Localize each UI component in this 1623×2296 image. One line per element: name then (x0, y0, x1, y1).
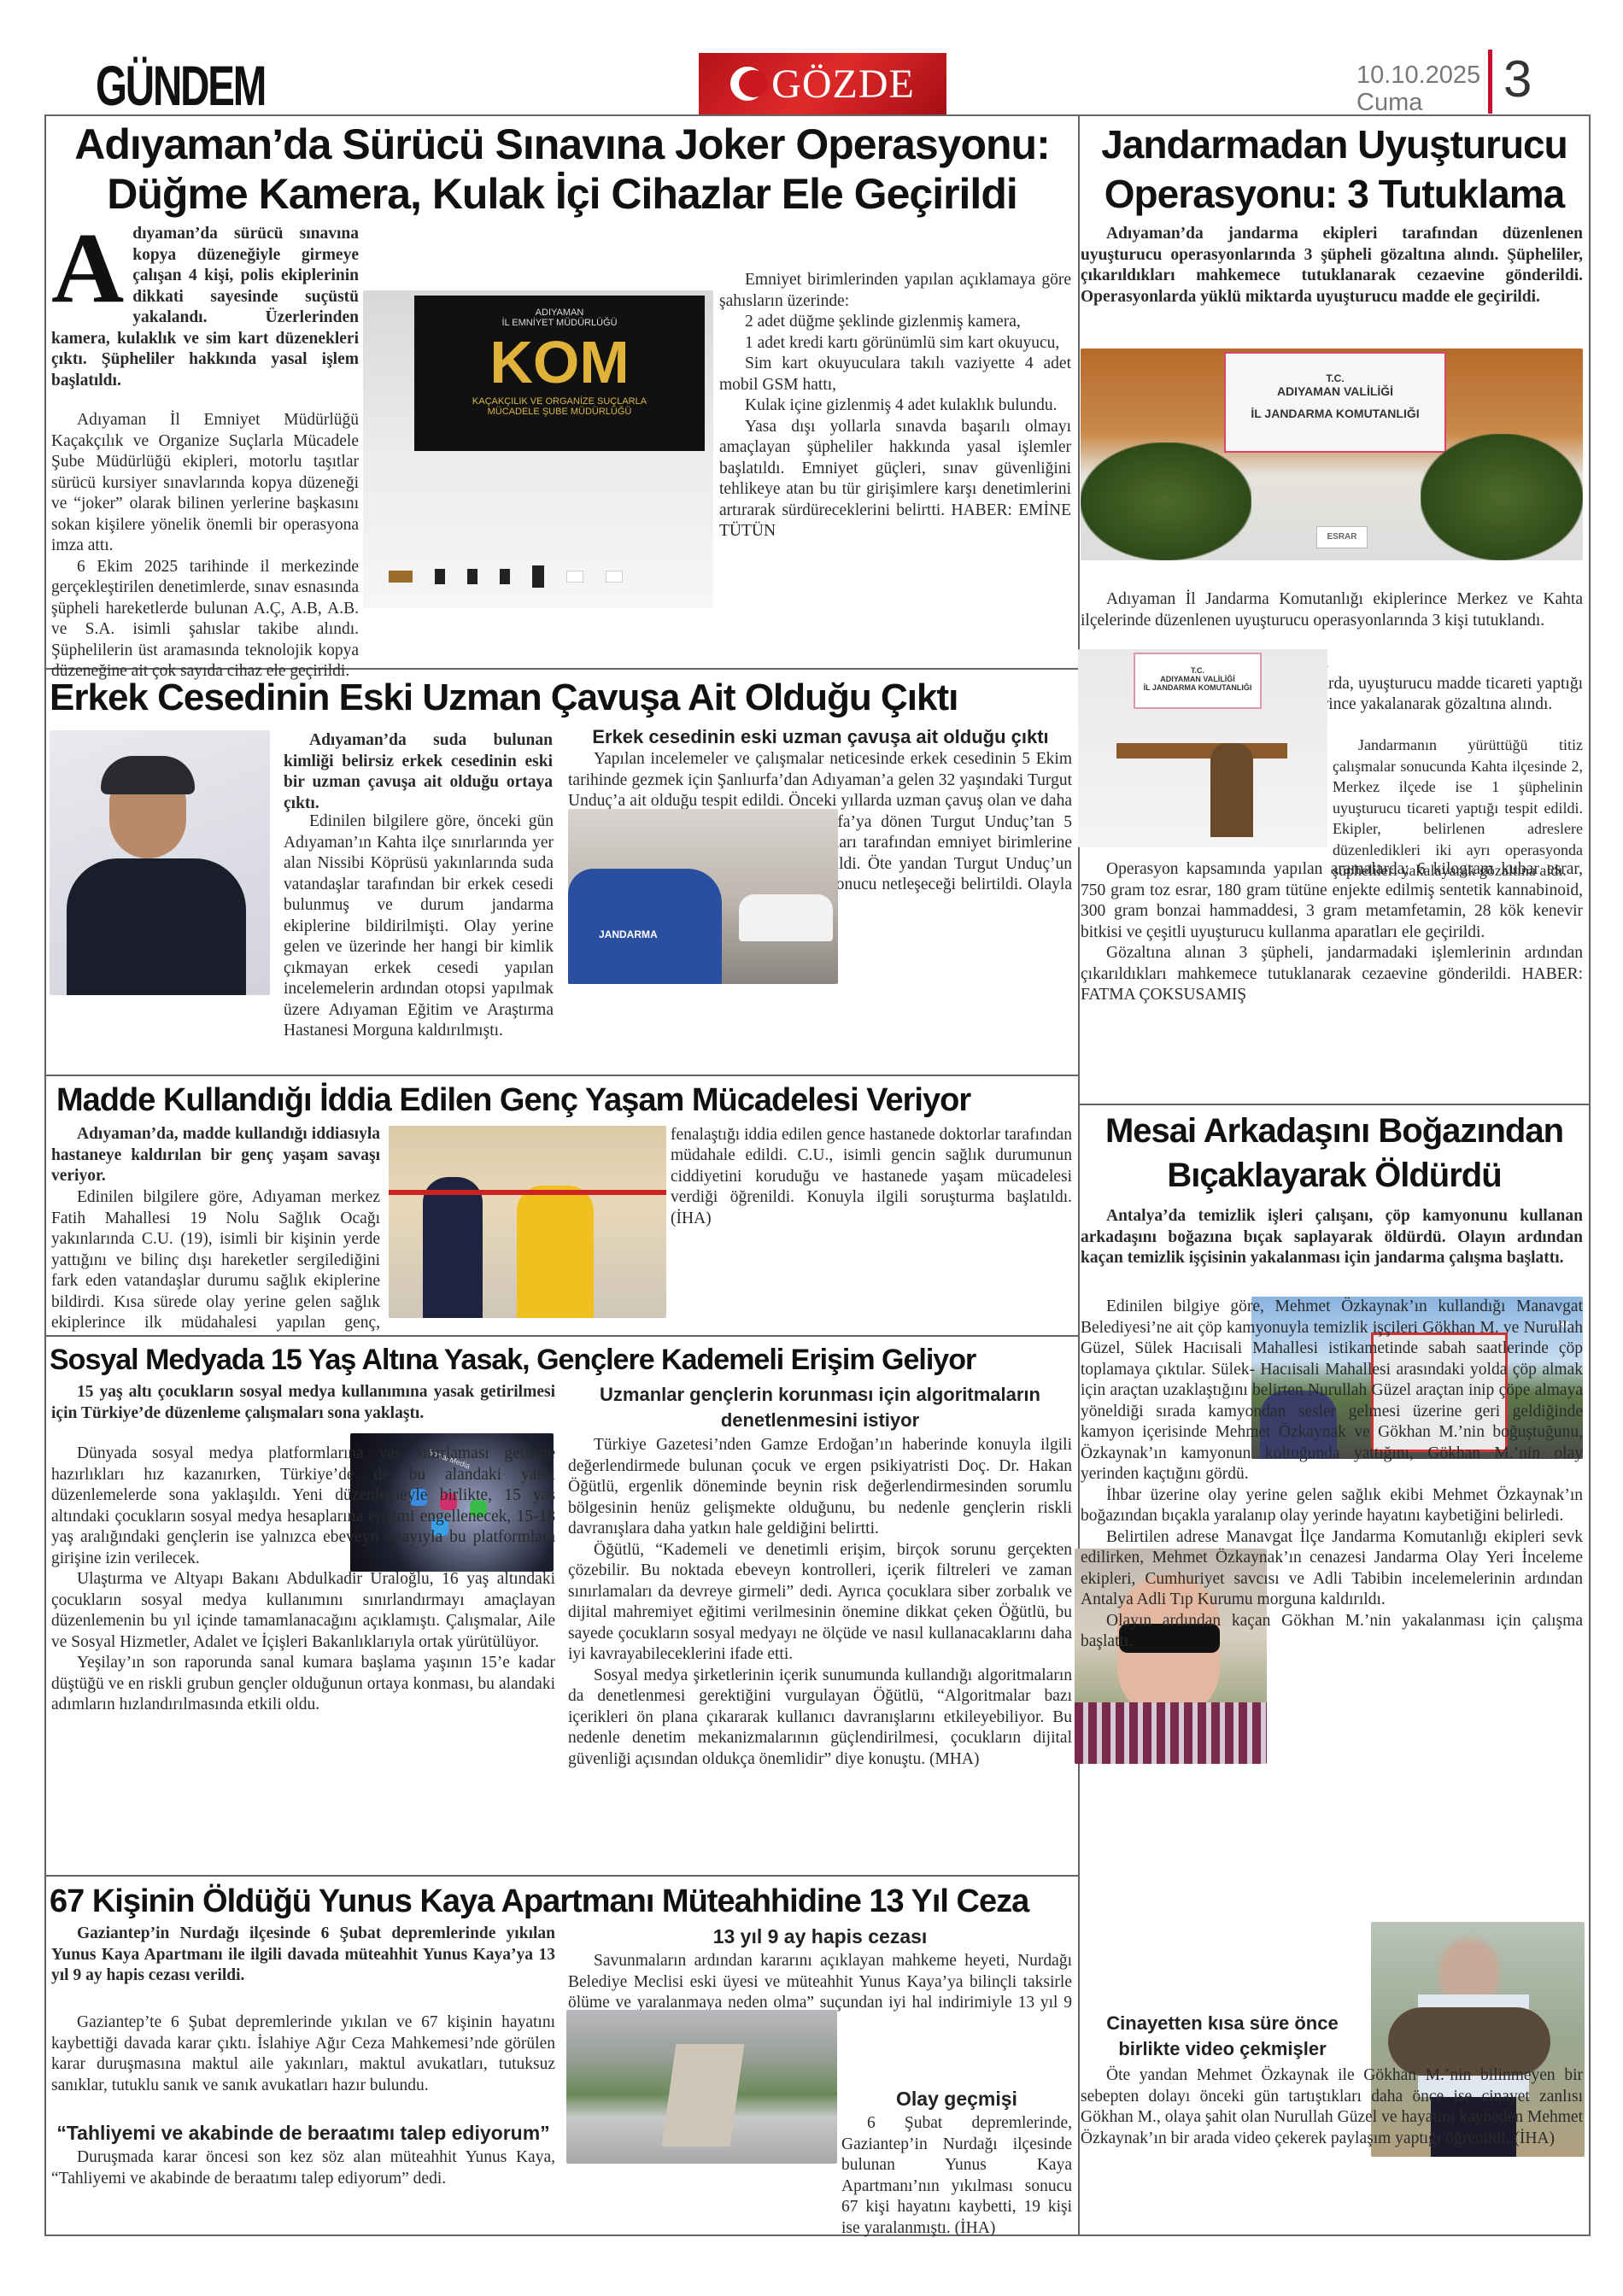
article-body: Edinilen bilgilere göre, önceki gün Adıy… (50, 811, 554, 1042)
paragraph: Türkiye Gazetesi’nden Gamze Erdoğan’ın h… (568, 1435, 1072, 1540)
article-body: Türkiye Gazetesi’nden Gamze Erdoğan’ın h… (568, 1435, 1072, 1770)
paragraph: Ulaştırma ve Altyapı Bakanı Abdulkadir U… (51, 1569, 555, 1653)
article-body-narrow: Jandarmanın yürüttüğü titiz çalışmalar s… (1333, 735, 1583, 881)
gendarmerie-sign: T.C. ADIYAMAN VALİLİĞİ İL JANDARMA KOMUT… (1224, 352, 1446, 453)
paragraph: Edinilen bilgiye göre, Mehmet Özkaynak’ı… (1081, 1297, 1583, 1485)
photo-seized-drugs: T.C. ADIYAMAN VALİLİĞİ İL JANDARMA KOMUT… (1081, 348, 1583, 560)
lead-text: Antalya’da temizlik işleri çalışanı, çöp… (1081, 1206, 1583, 1269)
photo-dog-evidence: T.C. ADIYAMAN VALİLİĞİ İL JANDARMA KOMUT… (1078, 649, 1327, 847)
article-body-col1: Adıyaman İl Emniyet Müdürlüğü Kaçakçılık… (51, 410, 359, 682)
paragraph: Belirtilen adrese Manavgat İlçe Jandarma… (1081, 1527, 1583, 1611)
subheadline: 13 yıl 9 ay hapis cezası (568, 1925, 1072, 1948)
rule-5 (1078, 1104, 1591, 1105)
headline-line-2[interactable]: Düğme Kamera, Kulak İçi Cihazlar Ele Geç… (50, 169, 1075, 219)
list-item: 1 adet kredi kartı görünümlü sim kart ok… (719, 333, 1071, 354)
headline-line-2[interactable]: Operasyonu: 3 Tutuklama (1081, 169, 1587, 219)
rule-4 (44, 1875, 1078, 1877)
esrar-label: ESRAR (1316, 526, 1368, 548)
page-number: 3 (1503, 50, 1532, 108)
paragraph-byline: Yasa dışı yollarla sınavda başarılı olma… (719, 417, 1071, 542)
sign-text: İL EMNİYET MÜDÜRLÜĞÜ (414, 318, 705, 328)
plant-pile (1081, 442, 1251, 560)
headline-line-1[interactable]: Mesai Arkadaşını Boğazından (1081, 1109, 1587, 1153)
article-body: 6 Şubat depremlerinde, Gaziantep’in Nurd… (568, 2113, 1072, 2239)
paragraph: İhbar üzerine olay yerine gelen sağlık e… (1081, 1485, 1583, 1527)
headline[interactable]: Madde Kullandığı İddia Edilen Genç Yaşam… (50, 1080, 1075, 1121)
rule-2 (44, 1075, 1078, 1076)
article-body-col2a (571, 224, 1070, 245)
subheadline: “Tahliyemi ve akabinde de beraatımı tale… (51, 2122, 555, 2145)
sign-text: İL JANDARMA KOMUTANLIĞI (1135, 683, 1260, 692)
article-body-col2: Emniyet birimlerinden yapılan açıklamaya… (719, 270, 1071, 542)
paragraph: Öte yandan Mehmet Özkaynak ile Gökhan M.… (1081, 2065, 1583, 2149)
article-body: Duruşmada karar öncesi son kez söz alan … (51, 2147, 555, 2189)
article-body: Adıyaman İl Jandarma Komutanlığı ekipler… (1081, 589, 1583, 631)
paragraph: Olayın ardından kaçan Gökhan M.’nin yaka… (1081, 1611, 1583, 1653)
gendarmerie-sign: T.C. ADIYAMAN VALİLİĞİ İL JANDARMA KOMUT… (1134, 653, 1262, 709)
article-body-cont: Edinilen bilgilere göre, Adıyaman merkez… (671, 1124, 1072, 1329)
headline-line-1[interactable]: Jandarmadan Uyuşturucu (1081, 120, 1587, 169)
sign-text: ADIYAMAN VALİLİĞİ (1226, 384, 1444, 398)
sign-text: KAÇAKÇILIK VE ORGANİZE SUÇLARLA (414, 396, 705, 407)
paragraph: Emniyet birimlerinden yapılan açıklamaya… (719, 270, 1071, 312)
article-body: Operasyon kapsamında yapılan aramalarda;… (1081, 859, 1583, 1006)
top-rule (44, 114, 1591, 116)
right-rule (1589, 114, 1591, 2236)
newspaper-logo: GÖZDE (699, 53, 946, 114)
police-sign: ADIYAMAN İL EMNİYET MÜDÜRLÜĞÜ KOM KAÇAKÇ… (414, 296, 705, 451)
lead-text: 15 yaş altı çocukların sosyal medya kull… (51, 1382, 555, 1424)
weekday-value: Cuma (1356, 89, 1480, 116)
photo-seized-devices: ADIYAMAN İL EMNİYET MÜDÜRLÜĞÜ KOM KAÇAKÇ… (363, 290, 713, 608)
list-item: Sim kart okuyuculara takılı vaziyette 4 … (719, 354, 1071, 395)
lead-text: Gaziantep’in Nurdağı ilçesinde 6 Şubat d… (51, 1924, 555, 1987)
paragraph: 6 Şubat depremlerinde, Gaziantep’in Nurd… (841, 2113, 1072, 2239)
paragraph: Yeşilay’ın son raporunda sanal kumara ba… (51, 1653, 555, 1716)
paragraph: Gaziantep’te 6 Şubat depremlerinde yıkıl… (51, 2012, 555, 2096)
subheadline: Erkek cesedinin eski uzman çavuşa ait ol… (571, 726, 1070, 748)
headline[interactable]: 67 Kişinin Öldüğü Yunus Kaya Apartmanı M… (50, 1881, 1075, 1922)
lead-text: Adıyaman’da jandarma ekipleri tarafından… (1081, 224, 1583, 307)
dropcap: A (51, 225, 124, 311)
article-body: Gaziantep’te 6 Şubat depremlerinde yıkıl… (51, 2012, 555, 2096)
column-rule (1078, 114, 1080, 2236)
paragraph: Dünyada sosyal medya platformlarına yaş … (51, 1444, 555, 1569)
article-lead: A dıyaman’da sürücü sınavına kopya düzen… (51, 224, 359, 391)
logo-text: GÖZDE (771, 61, 915, 108)
van-label: JANDARMA (599, 928, 658, 940)
devices-row (389, 568, 688, 585)
paragraph-continued: Edinilen bilgilere göre, Adıyaman merkez… (671, 1124, 1072, 1229)
subheadline: Cinayetten kısa süre önce birlikte video… (1078, 2011, 1367, 2062)
subheadline: Olay geçmişi (841, 2088, 1072, 2111)
sign-text: ADIYAMAN VALİLİĞİ (1135, 675, 1260, 683)
date-value: 10.10.2025 (1356, 61, 1480, 89)
headline-line-2[interactable]: Bıçaklayarak Öldürdü (1081, 1153, 1587, 1198)
sign-text: T.C. (1226, 372, 1444, 384)
article-body: Edinilen bilgilere göre, Adıyaman merkez… (51, 1187, 380, 1332)
paragraph: Duruşmada karar öncesi son kez söz alan … (51, 2147, 555, 2189)
paragraph: Öğütlü, “Kademeli ve denetimli erişim, b… (568, 1540, 1072, 1666)
article-body: Edinilen bilgiye göre, Mehmet Özkaynak’ı… (1081, 1297, 1583, 1653)
paragraph: 6 Ekim 2025 tarihinde il merkezinde gerç… (51, 557, 359, 682)
paragraph: Edinilen bilgilere göre, Adıyaman merkez… (51, 1187, 380, 1332)
sign-text: İL JANDARMA KOMUTANLIĞI (1226, 407, 1444, 420)
dog (1210, 743, 1253, 837)
lead-text: Adıyaman’da suda bulunan kimliği belirsi… (284, 730, 553, 814)
article-body: Öte yandan Mehmet Özkaynak ile Gökhan M.… (1081, 2065, 1583, 2149)
subheadline: Uzmanlar gençlerin korunması için algori… (568, 1382, 1072, 1433)
paragraph: Adıyaman İl Jandarma Komutanlığı ekipler… (1081, 589, 1583, 631)
photo-ambulance-crew (389, 1126, 666, 1318)
list-item: Kulak içine gizlenmiş 4 adet kulaklık bu… (719, 395, 1071, 417)
left-rule (44, 114, 46, 2236)
sign-text: T.C. (1135, 666, 1260, 675)
list-item: 2 adet düğme şeklinde gizlenmiş kamera, (719, 312, 1071, 333)
sign-text: ADIYAMAN (414, 307, 705, 318)
lead-text: Adıyaman’da, madde kullandığı iddiasıyla… (51, 1124, 380, 1187)
page-divider-bar (1488, 50, 1492, 114)
headline[interactable]: Erkek Cesedinin Eski Uzman Çavuşa Ait Ol… (50, 675, 1075, 721)
photo-jandarma-van: JANDARMA (568, 809, 838, 984)
rule-3 (44, 1335, 1078, 1337)
article-body: Dünyada sosyal medya platformlarına yaş … (51, 1444, 555, 1716)
issue-date: 10.10.2025 Cuma (1356, 61, 1480, 116)
paragraph: Jandarmanın yürüttüğü titiz çalışmalar s… (1333, 735, 1583, 881)
crescent-star-icon (730, 67, 765, 101)
paragraph: Adıyaman İl Emniyet Müdürlüğü Kaçakçılık… (51, 410, 359, 557)
headline-line-1[interactable]: Adıyaman’da Sürücü Sınavına Joker Operas… (50, 120, 1075, 169)
paragraph-byline: Gözaltına alınan 3 şüpheli, jandarmadaki… (1081, 943, 1583, 1006)
headline[interactable]: Sosyal Medyada 15 Yaş Altına Yasak, Genç… (50, 1341, 1075, 1379)
paragraph: Sosyal medya şirketlerinin içerik sunumu… (568, 1666, 1072, 1771)
table (1116, 743, 1287, 758)
section-title: GÜNDEM (96, 53, 265, 118)
article-body-wrap (1328, 653, 1583, 674)
kom-logo: KOM (414, 328, 705, 396)
sign-text: MÜCADELE ŞUBE MÜDÜRLÜĞÜ (414, 407, 705, 417)
paragraph: Edinilen bilgilere göre, önceki gün Adıy… (284, 811, 554, 1042)
plant-pile (1421, 434, 1583, 560)
